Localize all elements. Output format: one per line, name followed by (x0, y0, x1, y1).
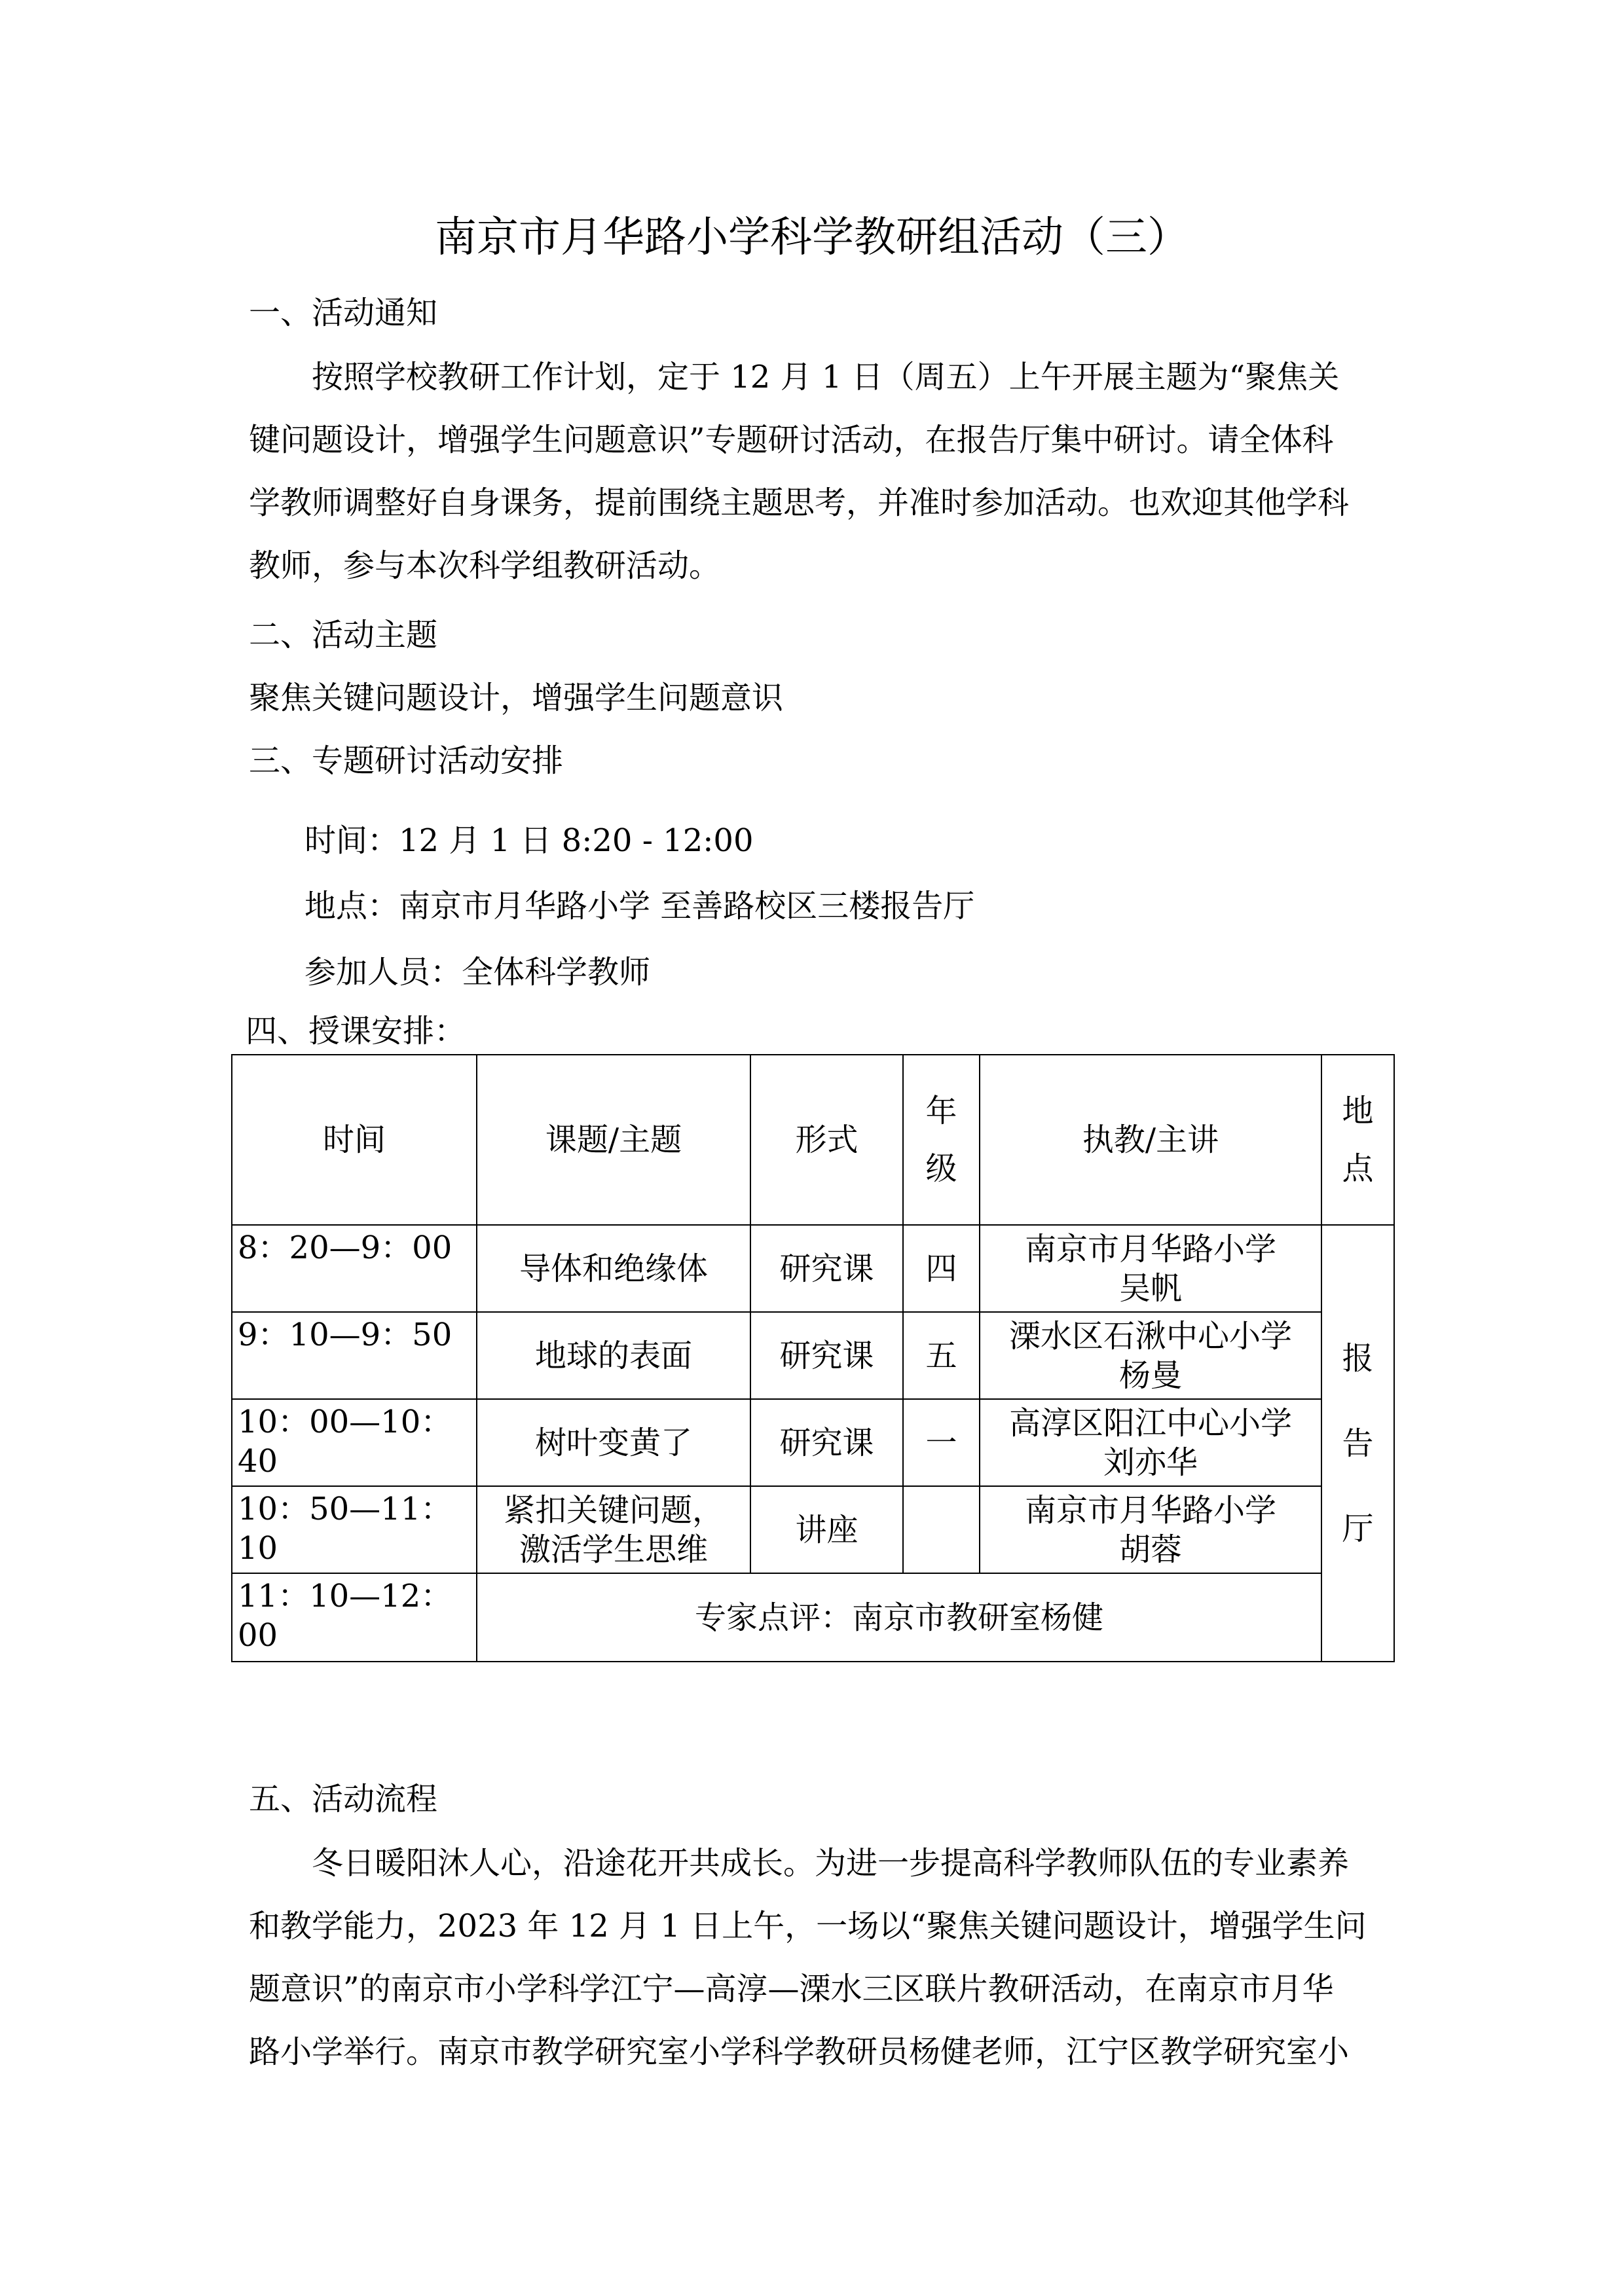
cell-grade: 一 (903, 1399, 980, 1486)
event-attendees: 参加人员：全体科学教师 (304, 953, 650, 992)
header-time: 时间 (232, 1055, 477, 1225)
header-teacher: 执教/主讲 (980, 1055, 1321, 1225)
cell-grade: 四 (903, 1225, 980, 1312)
process-paragraph: 冬日暖阳沐人心，沿途花开共成长。为进一步提高科学教师队伍的专业素养 和教学能力，… (249, 1832, 1382, 2083)
section-heading-lessons: 四、授课安排： (246, 1011, 466, 1051)
section-heading-process: 五、活动流程 (249, 1779, 437, 1819)
section-heading-notice: 一、活动通知 (249, 293, 437, 333)
section-heading-theme: 二、活动主题 (249, 615, 437, 655)
cell-grade (903, 1486, 980, 1573)
process-line: 和教学能力，2023 年 12 月 1 日上午，一场以“聚焦关键问题设计，增强学… (249, 1895, 1382, 1958)
cell-topic: 导体和绝缘体 (477, 1225, 750, 1312)
cell-form: 研究课 (750, 1225, 903, 1312)
cell-time: 10：00—10：40 (232, 1399, 477, 1486)
notice-line: 键问题设计，增强学生问题意识”专题研讨活动，在报告厅集中研讨。请全体科 (249, 409, 1382, 471)
event-location: 地点：南京市月华路小学 至善路校区三楼报告厅 (304, 886, 974, 926)
header-location: 地 点 (1321, 1055, 1394, 1225)
table-row: 10：00—10：40 树叶变黄了 研究课 一 高淳区阳江中心小学 刘亦华 (232, 1399, 1394, 1486)
cell-teacher: 溧水区石湫中心小学 杨曼 (980, 1312, 1321, 1399)
cell-time: 8：20—9：00 (232, 1225, 477, 1312)
cell-form: 讲座 (750, 1486, 903, 1573)
section-heading-schedule: 三、专题研讨活动安排 (249, 741, 563, 780)
process-line: 题意识”的南京市小学科学江宁—高淳—溧水三区联片教研活动，在南京市月华 (249, 1958, 1382, 2020)
cell-expert-review: 专家点评：南京市教研室杨健 (477, 1573, 1321, 1662)
cell-teacher: 高淳区阳江中心小学 刘亦华 (980, 1399, 1321, 1486)
cell-form: 研究课 (750, 1399, 903, 1486)
cell-time: 11：10—12：00 (232, 1573, 477, 1662)
cell-form: 研究课 (750, 1312, 903, 1399)
cell-location: 报 告 厅 (1321, 1225, 1394, 1662)
table-header-row: 时间 课题/主题 形式 年 级 执教/主讲 地 点 (232, 1055, 1394, 1225)
cell-grade: 五 (903, 1312, 980, 1399)
page-title: 南京市月华路小学科学教研组活动（三） (0, 208, 1624, 267)
cell-teacher: 南京市月华路小学 胡蓉 (980, 1486, 1321, 1573)
header-form: 形式 (750, 1055, 903, 1225)
cell-time: 9：10—9：50 (232, 1312, 477, 1399)
table-row: 10：50—11：10 紧扣关键问题， 激活学生思维 讲座 南京市月华路小学 胡… (232, 1486, 1394, 1573)
process-line: 冬日暖阳沐人心，沿途花开共成长。为进一步提高科学教师队伍的专业素养 (249, 1832, 1382, 1895)
header-topic: 课题/主题 (477, 1055, 750, 1225)
notice-line: 按照学校教研工作计划，定于 12 月 1 日（周五）上午开展主题为“聚焦关 (249, 346, 1382, 409)
process-line: 路小学举行。南京市教学研究室小学科学教研员杨健老师，江宁区教学研究室小 (249, 2020, 1382, 2083)
notice-paragraph: 按照学校教研工作计划，定于 12 月 1 日（周五）上午开展主题为“聚焦关 键问… (249, 346, 1382, 597)
table-row-review: 11：10—12：00 专家点评：南京市教研室杨健 (232, 1573, 1394, 1662)
cell-topic: 树叶变黄了 (477, 1399, 750, 1486)
notice-line: 学教师调整好自身课务，提前围绕主题思考，并准时参加活动。也欢迎其他学科 (249, 471, 1382, 534)
event-time: 时间：12 月 1 日 8:20 - 12:00 (304, 821, 754, 860)
table-row: 8：20—9：00 导体和绝缘体 研究课 四 南京市月华路小学 吴帆 报 告 厅 (232, 1225, 1394, 1312)
lesson-schedule-table: 时间 课题/主题 形式 年 级 执教/主讲 地 点 8：20—9：00 导体和绝… (231, 1054, 1395, 1662)
header-grade: 年 级 (903, 1055, 980, 1225)
notice-line: 教师，参与本次科学组教研活动。 (249, 534, 1382, 597)
cell-topic: 地球的表面 (477, 1312, 750, 1399)
theme-text: 聚焦关键问题设计，增强学生问题意识 (249, 678, 783, 718)
cell-time: 10：50—11：10 (232, 1486, 477, 1573)
cell-teacher: 南京市月华路小学 吴帆 (980, 1225, 1321, 1312)
cell-topic: 紧扣关键问题， 激活学生思维 (477, 1486, 750, 1573)
table-row: 9：10—9：50 地球的表面 研究课 五 溧水区石湫中心小学 杨曼 (232, 1312, 1394, 1399)
